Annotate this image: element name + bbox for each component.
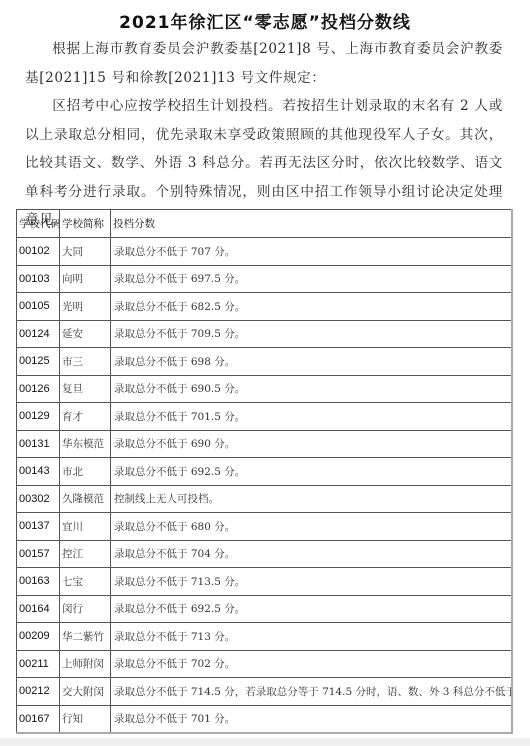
table-row: 00212交大附闵录取总分不低于 714.5 分，若录取总分等于 714.5 分… [17, 678, 513, 706]
school-name: 华东模范 [60, 430, 111, 458]
admission-score: 录取总分不低于 709.5 分。 [111, 320, 513, 348]
admission-score: 控制线上无人可投档。 [111, 485, 513, 513]
school-name: 大同 [60, 238, 111, 266]
admission-score: 录取总分不低于 690.5 分。 [111, 375, 513, 403]
admission-score: 录取总分不低于 692.5 分。 [111, 458, 513, 486]
admission-score: 录取总分不低于 707 分。 [111, 238, 513, 266]
admission-score: 录取总分不低于 701.5 分。 [111, 403, 513, 431]
admission-score: 录取总分不低于 698 分。 [111, 348, 513, 376]
school-code: 00126 [17, 375, 60, 403]
table-header-row: 学校代码 学校简称 投档分数 [17, 210, 513, 238]
school-name: 延安 [60, 320, 111, 348]
table-row: 00126复旦录取总分不低于 690.5 分。 [17, 375, 513, 403]
header-admission-score: 投档分数 [111, 210, 513, 238]
admission-score: 录取总分不低于 702 分。 [111, 650, 513, 678]
school-name: 久隆模范 [60, 485, 111, 513]
table-row: 00105光明录取总分不低于 682.5 分。 [17, 293, 513, 321]
school-code: 00163 [17, 568, 60, 596]
table-row: 00102大同录取总分不低于 707 分。 [17, 238, 513, 266]
school-name: 华二紫竹 [60, 623, 111, 651]
table-row: 00209华二紫竹录取总分不低于 713 分。 [17, 623, 513, 651]
table-row: 00211上师附闵录取总分不低于 702 分。 [17, 650, 513, 678]
school-name: 交大附闵 [60, 678, 111, 706]
table-row: 00129育才录取总分不低于 701.5 分。 [17, 403, 513, 431]
header-school-name: 学校简称 [60, 210, 111, 238]
school-name: 行知 [60, 705, 111, 733]
school-code: 00209 [17, 623, 60, 651]
table-row: 00103向明录取总分不低于 697.5 分。 [17, 265, 513, 293]
school-name: 闵行 [60, 595, 111, 623]
admission-score: 录取总分不低于 692.5 分。 [111, 595, 513, 623]
admission-score: 录取总分不低于 704 分。 [111, 540, 513, 568]
table-row: 00163七宝录取总分不低于 713.5 分。 [17, 568, 513, 596]
admission-score: 录取总分不低于 682.5 分。 [111, 293, 513, 321]
school-code: 00102 [17, 238, 60, 266]
school-code: 00212 [17, 678, 60, 706]
paragraph-regulations: 根据上海市教育委员会沪教委基[2021]8 号、上海市教育委员会沪教委基[202… [25, 35, 503, 92]
school-name: 七宝 [60, 568, 111, 596]
admission-score: 录取总分不低于 713 分。 [111, 623, 513, 651]
admission-score: 录取总分不低于 713.5 分。 [111, 568, 513, 596]
school-code: 00211 [17, 650, 60, 678]
school-code: 00124 [17, 320, 60, 348]
document-page: 2021年徐汇区“零志愿”投档分数线 根据上海市教育委员会沪教委基[2021]8… [0, 0, 530, 738]
table-row: 00124延安录取总分不低于 709.5 分。 [17, 320, 513, 348]
table-row: 00125市三录取总分不低于 698 分。 [17, 348, 513, 376]
admission-score: 录取总分不低于 680 分。 [111, 513, 513, 541]
table-row: 00157控江录取总分不低于 704 分。 [17, 540, 513, 568]
admission-score: 录取总分不低于 701 分。 [111, 705, 513, 733]
school-code: 00131 [17, 430, 60, 458]
school-code: 00137 [17, 513, 60, 541]
school-name: 市三 [60, 348, 111, 376]
table-row: 00143市北录取总分不低于 692.5 分。 [17, 458, 513, 486]
school-code: 00105 [17, 293, 60, 321]
school-name: 市北 [60, 458, 111, 486]
table-row: 00302久隆模范控制线上无人可投档。 [17, 485, 513, 513]
admission-score-table: 学校代码 学校简称 投档分数 00102大同录取总分不低于 707 分。 001… [16, 209, 513, 734]
school-code: 00103 [17, 265, 60, 293]
admission-score: 录取总分不低于 714.5 分，若录取总分等于 714.5 分时，语、数、外 3… [111, 678, 513, 706]
table-row: 00164闵行录取总分不低于 692.5 分。 [17, 595, 513, 623]
admission-score: 录取总分不低于 690 分。 [111, 430, 513, 458]
school-code: 00129 [17, 403, 60, 431]
table-row: 00131华东模范录取总分不低于 690 分。 [17, 430, 513, 458]
admission-score: 录取总分不低于 697.5 分。 [111, 265, 513, 293]
school-code: 00302 [17, 485, 60, 513]
school-name: 控江 [60, 540, 111, 568]
school-code: 00125 [17, 348, 60, 376]
school-name: 上师附闵 [60, 650, 111, 678]
school-code: 00143 [17, 458, 60, 486]
table-row: 00167行知录取总分不低于 701 分。 [17, 705, 513, 733]
document-title: 2021年徐汇区“零志愿”投档分数线 [0, 8, 530, 33]
school-code: 00167 [17, 705, 60, 733]
school-name: 光明 [60, 293, 111, 321]
school-name: 复旦 [60, 375, 111, 403]
school-name: 向明 [60, 265, 111, 293]
school-code: 00164 [17, 595, 60, 623]
paragraph-text: 根据上海市教育委员会沪教委基[2021]8 号、上海市教育委员会沪教委基[202… [25, 41, 503, 86]
header-school-code: 学校代码 [17, 210, 60, 238]
school-code: 00157 [17, 540, 60, 568]
school-name: 育才 [60, 403, 111, 431]
table-row: 00137宜川录取总分不低于 680 分。 [17, 513, 513, 541]
school-name: 宜川 [60, 513, 111, 541]
